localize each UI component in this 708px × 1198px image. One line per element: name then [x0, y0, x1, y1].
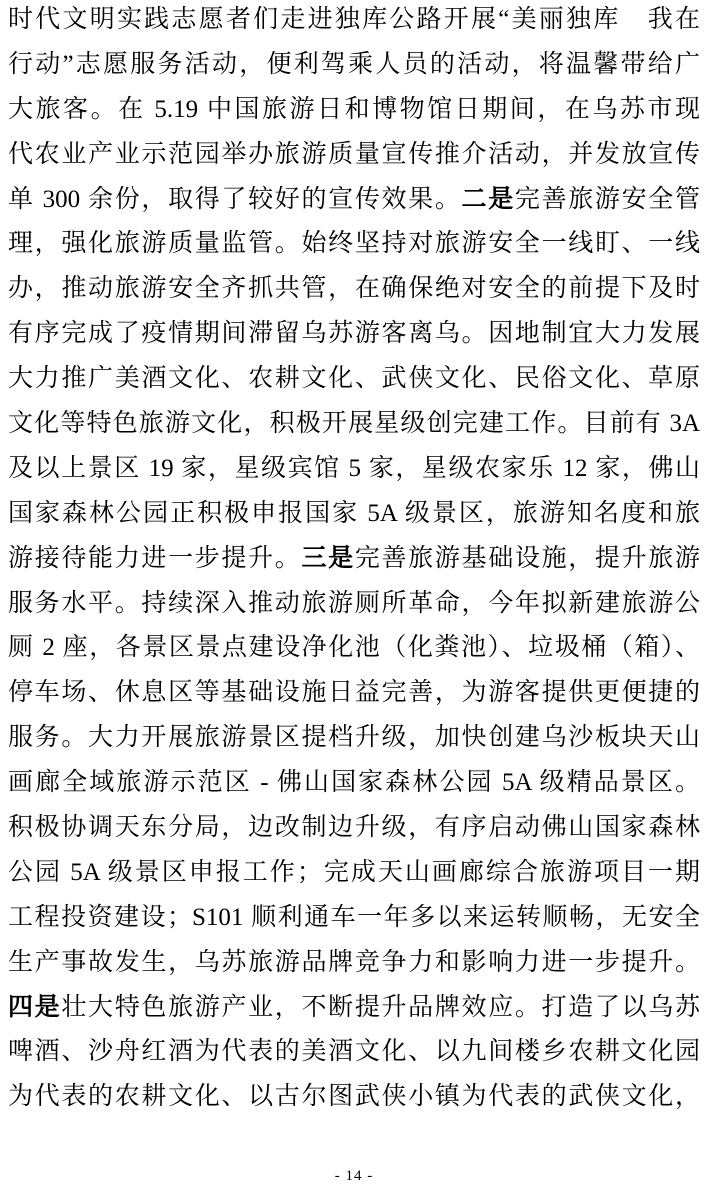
- text-segment: 完善旅游安全管: [515, 186, 700, 213]
- text-segment: 厕 2 座，各景区景点建设净化池（化粪池）、垃圾桶（箱）、: [8, 634, 700, 661]
- text-line: 啤酒、沙舟红酒为代表的美酒文化、以九间楼乡农耕文化园: [8, 1030, 700, 1075]
- text-segment: 公园 5A 级景区申报工作；完成天山画廊综合旅游项目一期: [8, 859, 700, 886]
- text-segment: 单 300 余份，取得了较好的宣传效果。: [8, 186, 462, 213]
- text-line: 办，推动旅游安全齐抓共管，在确保绝对安全的前提下及时: [8, 267, 700, 312]
- text-segment: 积极协调天东分局，边改制边升级，有序启动佛山国家森林: [8, 814, 700, 841]
- text-line: 游接待能力进一步提升。三是完善旅游基础设施，提升旅游: [8, 537, 700, 582]
- text-line: 大力推广美酒文化、农耕文化、武侠文化、民俗文化、草原: [8, 357, 700, 402]
- text-line: 理，强化旅游质量监管。始终坚持对旅游安全一线盯、一线: [8, 222, 700, 267]
- text-segment: 服务水平。持续深入推动旅游厕所革命，今年拟新建旅游公: [8, 590, 700, 617]
- text-line: 公园 5A 级景区申报工作；完成天山画廊综合旅游项目一期: [8, 851, 700, 896]
- text-line: 生产事故发生，乌苏旅游品牌竞争力和影响力进一步提升。: [8, 941, 700, 986]
- text-line: 及以上景区 19 家，星级宾馆 5 家，星级农家乐 12 家，佛山: [8, 447, 700, 492]
- text-segment: 停车场、休息区等基础设施日益完善，为游客提供更便捷的: [8, 679, 700, 706]
- text-segment: 工程投资建设；S101 顺利通车一年多以来运转顺畅，无安全: [8, 904, 700, 931]
- text-line: 有序完成了疫情期间滞留乌苏游客离乌。因地制宜大力发展: [8, 312, 700, 357]
- text-segment: 理，强化旅游质量监管。始终坚持对旅游安全一线盯、一线: [8, 230, 700, 257]
- document-page: 时代文明实践志愿者们走进独库公路开展“美丽独库 我在行动”志愿服务活动，便利驾乘…: [0, 0, 708, 1198]
- text-line: 行动”志愿服务活动，便利驾乘人员的活动，将温馨带给广: [8, 43, 700, 88]
- text-segment: 大旅客。在 5.19 中国旅游日和博物馆日期间，在乌苏市现: [8, 96, 700, 123]
- text-segment: 画廊全域旅游示范区 - 佛山国家森林公园 5A 级精品景区。: [8, 769, 700, 796]
- text-segment: 为代表的农耕文化、以古尔图武侠小镇为代表的武侠文化，: [8, 1083, 700, 1110]
- text-segment: 生产事故发生，乌苏旅游品牌竞争力和影响力进一步提升。: [8, 949, 700, 976]
- text-line: 积极协调天东分局，边改制边升级，有序启动佛山国家森林: [8, 806, 700, 851]
- text-line: 代农业产业示范园举办旅游质量宣传推介活动，并发放宣传: [8, 133, 700, 178]
- text-line: 画廊全域旅游示范区 - 佛山国家森林公园 5A 级精品景区。: [8, 761, 700, 806]
- text-line: 大旅客。在 5.19 中国旅游日和博物馆日期间，在乌苏市现: [8, 88, 700, 133]
- text-line: 服务水平。持续深入推动旅游厕所革命，今年拟新建旅游公: [8, 582, 700, 627]
- text-segment: 壮大特色旅游产业，不断提升品牌效应。打造了以乌苏: [61, 994, 700, 1021]
- text-line: 国家森林公园正积极申报国家 5A 级景区，旅游知名度和旅: [8, 492, 700, 537]
- bold-ordinal: 三是: [301, 545, 354, 572]
- text-line: 时代文明实践志愿者们走进独库公路开展“美丽独库 我在: [8, 0, 700, 43]
- text-segment: 完善旅游基础设施，提升旅游: [355, 545, 700, 572]
- text-segment: 及以上景区 19 家，星级宾馆 5 家，星级农家乐 12 家，佛山: [8, 455, 700, 482]
- text-segment: 办，推动旅游安全齐抓共管，在确保绝对安全的前提下及时: [8, 275, 700, 302]
- text-segment: 行动”志愿服务活动，便利驾乘人员的活动，将温馨带给广: [8, 51, 700, 78]
- text-line: 厕 2 座，各景区景点建设净化池（化粪池）、垃圾桶（箱）、: [8, 626, 700, 671]
- text-segment: 时代文明实践志愿者们走进独库公路开展“美丽独库 我在: [8, 6, 700, 33]
- text-segment: 国家森林公园正积极申报国家 5A 级景区，旅游知名度和旅: [8, 500, 700, 527]
- text-segment: 文化等特色旅游文化，积极开展星级创完建工作。目前有 3A: [8, 410, 700, 437]
- text-segment: 游接待能力进一步提升。: [8, 545, 301, 572]
- text-line: 文化等特色旅游文化，积极开展星级创完建工作。目前有 3A: [8, 402, 700, 447]
- text-line: 服务。大力开展旅游景区提档升级，加快创建乌沙板块天山: [8, 716, 700, 761]
- text-line: 单 300 余份，取得了较好的宣传效果。二是完善旅游安全管: [8, 178, 700, 223]
- bold-ordinal: 四是: [8, 994, 61, 1021]
- text-segment: 啤酒、沙舟红酒为代表的美酒文化、以九间楼乡农耕文化园: [8, 1038, 700, 1065]
- page-body: 时代文明实践志愿者们走进独库公路开展“美丽独库 我在行动”志愿服务活动，便利驾乘…: [8, 0, 700, 1120]
- text-segment: 服务。大力开展旅游景区提档升级，加快创建乌沙板块天山: [8, 724, 700, 751]
- text-line: 停车场、休息区等基础设施日益完善，为游客提供更便捷的: [8, 671, 700, 716]
- text-segment: 大力推广美酒文化、农耕文化、武侠文化、民俗文化、草原: [8, 365, 700, 392]
- page-number: - 14 -: [0, 1168, 708, 1185]
- text-line: 四是壮大特色旅游产业，不断提升品牌效应。打造了以乌苏: [8, 986, 700, 1031]
- bold-ordinal: 二是: [462, 186, 515, 213]
- text-line: 为代表的农耕文化、以古尔图武侠小镇为代表的武侠文化，: [8, 1075, 700, 1120]
- text-line: 工程投资建设；S101 顺利通车一年多以来运转顺畅，无安全: [8, 896, 700, 941]
- text-segment: 有序完成了疫情期间滞留乌苏游客离乌。因地制宜大力发展: [8, 320, 700, 347]
- text-segment: 代农业产业示范园举办旅游质量宣传推介活动，并发放宣传: [8, 141, 700, 168]
